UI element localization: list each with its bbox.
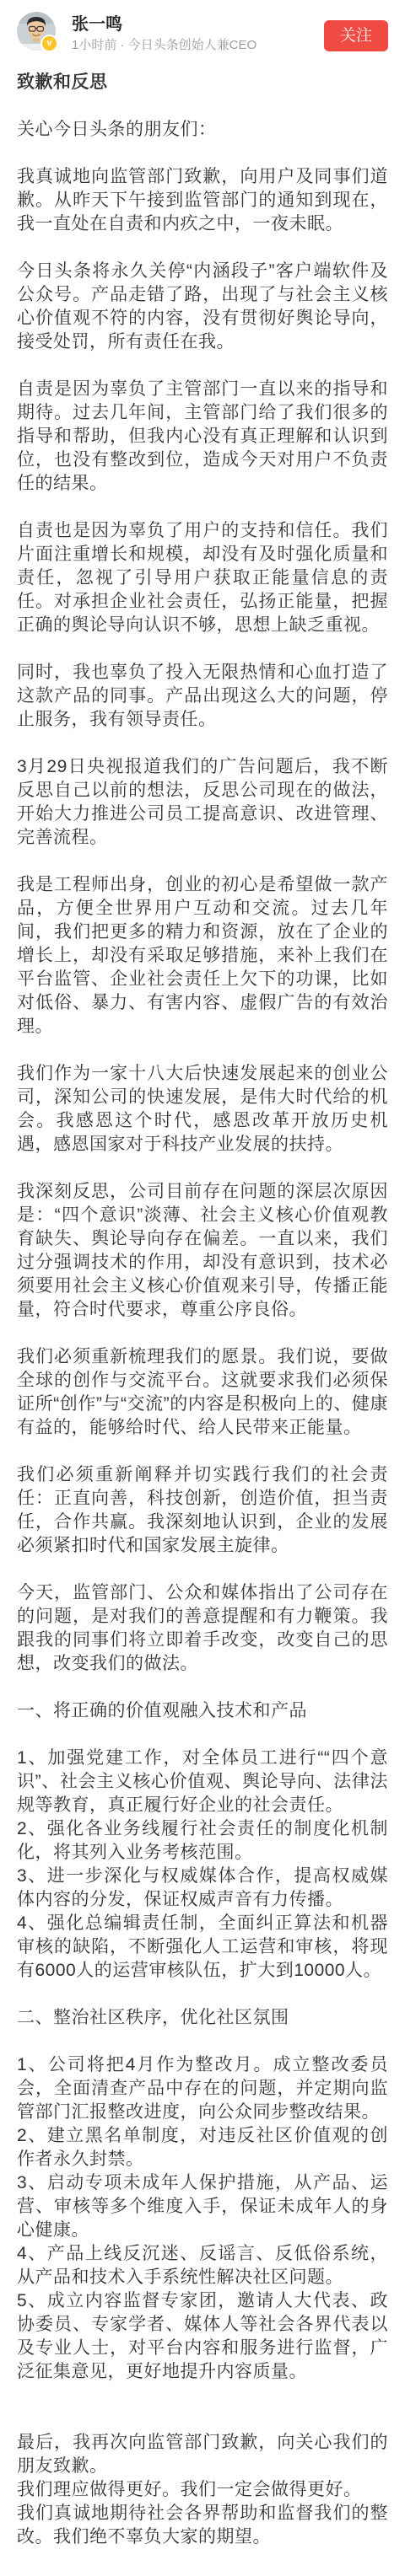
post-title: 致歉和反思 <box>17 71 388 94</box>
post-page: v 张一鸣 1小时前 · 今日头条创始人兼CEO 关注 致歉和反思 关心今日头条… <box>0 0 405 2576</box>
post-paragraph: 关心今日头条的朋友们： <box>17 118 388 142</box>
follow-button[interactable]: 关注 <box>324 20 388 51</box>
post-paragraph: 我们必须重新梳理我们的愿景。我们说，要做全球的创作与交流平台。这就要求我们必须保… <box>17 1345 388 1440</box>
verified-badge-icon: v <box>40 35 58 52</box>
post-paragraph: 1、公司将把4月作为整改月。成立整改委员会，全面清查产品中存在的问题，并定期向监… <box>17 2053 388 2384</box>
post-paragraph: 最后，我再次向监管部门致歉，向关心我们的朋友致歉。我们理应做得更好。我们一定会做… <box>17 2431 388 2549</box>
post-paragraph: 自责是因为辜负了主管部门一直以来的指导和期待。过去几年间，主管部门给了我们很多的… <box>17 378 388 496</box>
post-paragraph: 1、加强党建工作，对全体员工进行““四个意识”、社会主义核心价值观、舆论导向、法… <box>17 1747 388 1983</box>
post-paragraph: 3月29日央视报道我们的广告问题后，我不断反思自己以前的想法，反思公司现在的做法… <box>17 755 388 850</box>
post-paragraph: 同时，我也辜负了投入无限热情和心血打造了这款产品的同事。产品出现这么大的问题，停… <box>17 661 388 732</box>
author-avatar[interactable]: v <box>17 12 56 51</box>
post-header: v 张一鸣 1小时前 · 今日头条创始人兼CEO 关注 <box>17 12 388 61</box>
post-paragraph: 我深刻反思，公司目前存在问题的深层次原因是：“四个意识”淡薄、社会主义核心价值观… <box>17 1180 388 1322</box>
post-paragraph: 我们必须重新阐释并切实践行我们的社会责任：正直向善，科技创新，创造价值，担当责任… <box>17 1463 388 1558</box>
section-heading: 一、将正确的价值观融入技术和产品 <box>17 1699 388 1723</box>
post-paragraph: 自责也是因为辜负了用户的支持和信任。我们片面注重增长和规模，却没有及时强化质量和… <box>17 519 388 637</box>
post-paragraph: 今天，监管部门、公众和媒体指出了公司存在的问题，是对我们的善意提醒和有力鞭策。我… <box>17 1581 388 1676</box>
post-paragraph: 我是工程师出身，创业的初心是希望做一款产品，方便全世界用户互动和交流。过去几年间… <box>17 873 388 1038</box>
section-heading: 二、整治社区秩序，优化社区氛围 <box>17 2006 388 2030</box>
post-paragraph: 我们作为一家十八大后快速发展起来的创业公司，深知公司的快速发展，是伟大时代给的机… <box>17 1062 388 1157</box>
post-paragraph: 我真诚地向监管部门致歉，向用户及同事们道歉。从昨天下午接到监管部门的通知到现在，… <box>17 165 388 236</box>
post-body: 关心今日头条的朋友们：我真诚地向监管部门致歉，向用户及同事们道歉。从昨天下午接到… <box>17 118 388 2549</box>
post-paragraph: 今日头条将永久关停“内涵段子”客户端软件及公众号。产品走错了路，出现了与社会主义… <box>17 260 388 354</box>
